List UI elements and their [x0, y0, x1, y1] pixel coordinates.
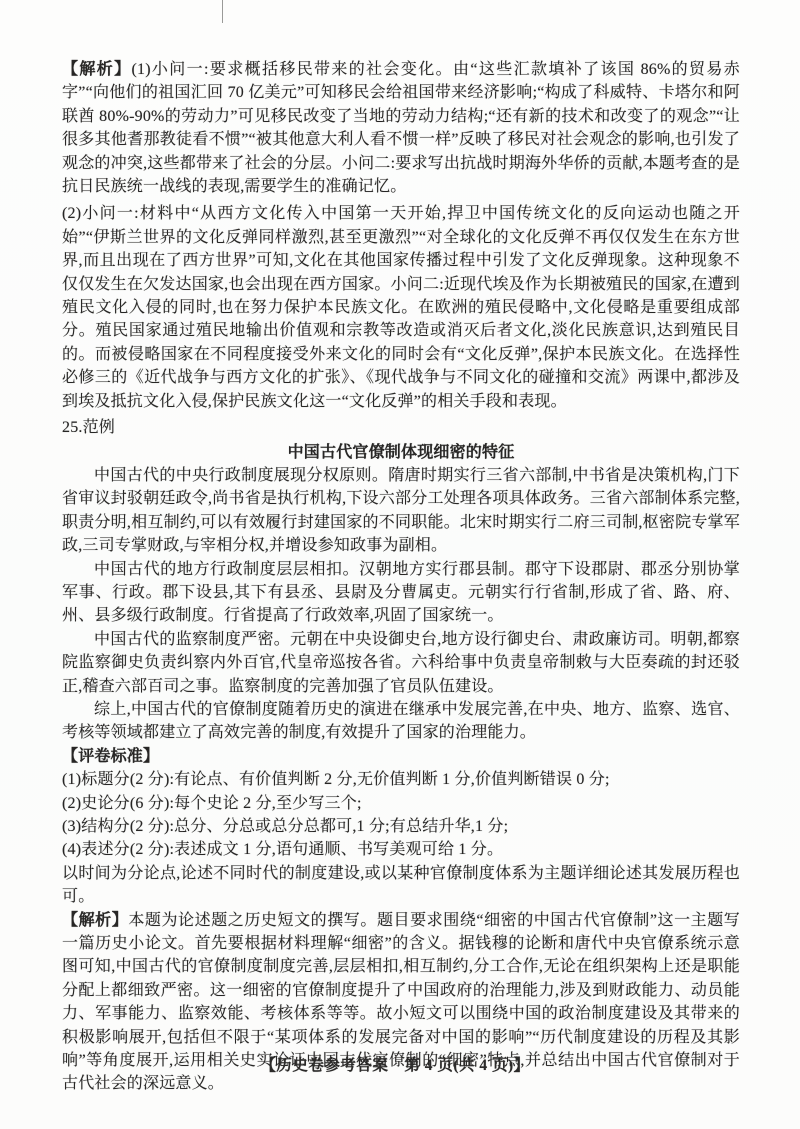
analysis-marker: 【解析】 [62, 61, 131, 78]
q25-essay-title: 中国古代官僚制体现细密的特征 [62, 441, 740, 464]
q25-rubric-note: 以时间为分论点,论述不同时代的制度建设,或以某种官僚制度体系为主题详细论述其发展… [62, 862, 740, 909]
q25-number-label: 25.范例 [62, 416, 740, 439]
q25-rubric-item: (4)表述分(2 分):表述成文 1 分,语句通顺、书写美观可给 1 分。 [62, 838, 740, 861]
q24-analysis-paragraph-1: 【解析】(1)小问一:要求概括移民带来的社会变化。由“这些汇款填补了该国 86%… [62, 58, 740, 198]
q25-essay-paragraph: 中国古代的地方行政制度层层相扣。汉朝地方实行郡县制。郡守下设郡尉、郡丞分别协掌军… [62, 558, 740, 628]
answer-key-content: 【解析】(1)小问一:要求概括移民带来的社会变化。由“这些汇款填补了该国 86%… [62, 58, 740, 1096]
analysis-marker: 【解析】 [62, 912, 128, 929]
q25-rubric-item: (2)史论分(6 分):每个史论 2 分,至少写三个; [62, 792, 740, 815]
scan-edge-artifact [222, 0, 223, 23]
q25-rubric-header: 【评卷标准】 [62, 745, 740, 768]
q24-analysis-text-1: (1)小问一:要求概括移民带来的社会变化。由“这些汇款填补了该国 86%的贸易赤… [62, 61, 740, 195]
page-footer: 【历史卷参考答案 第 4 页(共 4 页)】 [0, 1053, 795, 1075]
scanned-answer-page: 【解析】(1)小问一:要求概括移民带来的社会变化。由“这些汇款填补了该国 86%… [0, 0, 800, 1129]
q24-analysis-paragraph-2: (2)小问一:材料中“从西方文化传入中国第一天开始,捍卫中国传统文化的反向运动也… [62, 202, 740, 413]
q25-essay-paragraph: 中国古代的中央行政制度展现分权原则。隋唐时期实行三省六部制,中书省是决策机构,门… [62, 464, 740, 558]
q25-rubric-item: (1)标题分(2 分):有论点、有价值判断 2 分,无价值判断 1 分,价值判断… [62, 768, 740, 791]
q25-essay-paragraph: 中国古代的监察制度严密。元朝在中央设御史台,地方设行御史台、肃政廉访司。明朝,都… [62, 628, 740, 698]
q25-essay-paragraph: 综上,中国古代的官僚制度随着历史的演进在继承中发展完善,在中央、地方、监察、选官… [62, 698, 740, 745]
q25-rubric-item: (3)结构分(2 分):总分、分总或总分总都可,1 分;有总结升华,1 分; [62, 815, 740, 838]
